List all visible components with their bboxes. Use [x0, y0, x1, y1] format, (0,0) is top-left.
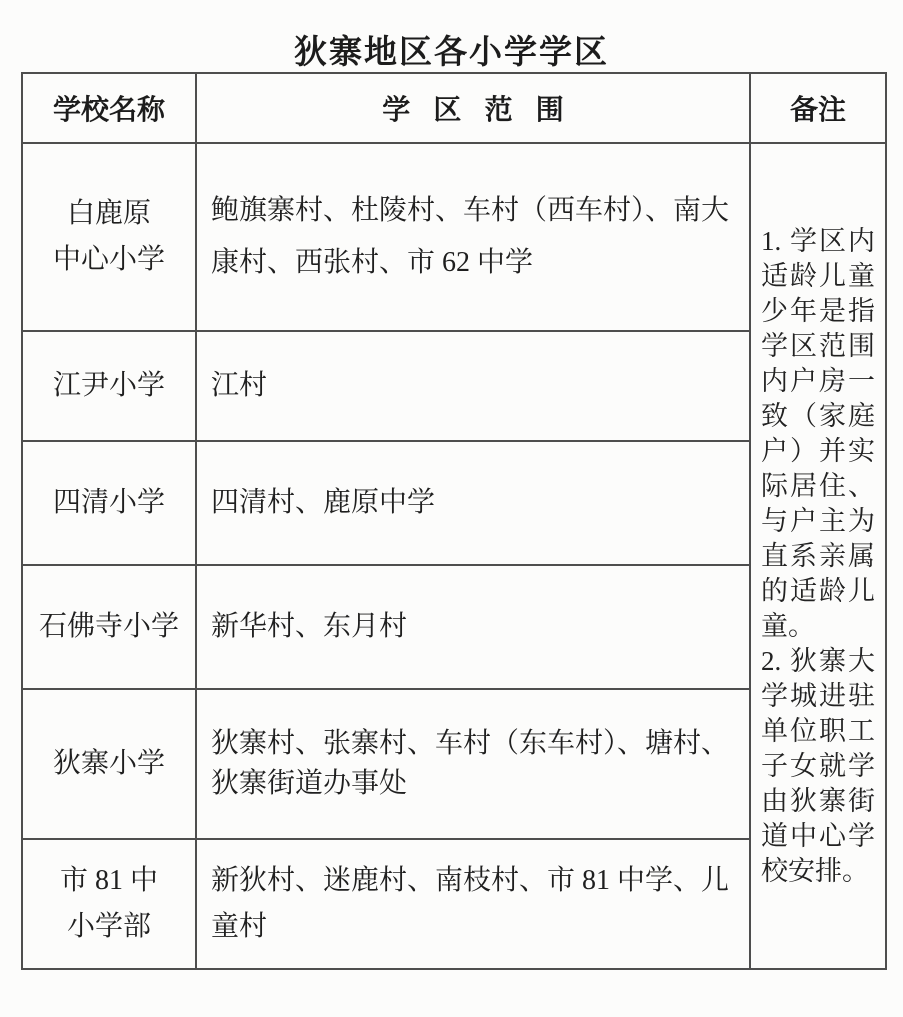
table-row: 白鹿原 中心小学 鲍旗寨村、杜陵村、车村（西车村）、南大康村、西张村、市 62 … — [22, 143, 886, 331]
school-name-cell: 四清小学 — [22, 441, 196, 565]
remarks-text: 1. 学区内适龄儿童少年是指学区范围内户房一致（家庭户）并实际居住、与户主为直系… — [761, 224, 875, 889]
district-range-cell: 狄寨村、张寨村、车村（东车村）、塘村、狄寨街道办事处 — [196, 689, 750, 839]
page-title: 狄寨地区各小学学区 — [0, 26, 903, 73]
school-name-cell: 江尹小学 — [22, 331, 196, 441]
school-name-cell: 狄寨小学 — [22, 689, 196, 839]
document-page: 狄寨地区各小学学区 学校名称 学 区 范 围 备注 白鹿原 中心小学 鲍旗寨村、… — [0, 0, 903, 1017]
district-range-cell: 江村 — [196, 331, 750, 441]
school-name-cell: 市 81 中 小学部 — [22, 839, 196, 969]
column-header-school-name: 学校名称 — [22, 73, 196, 143]
school-name-cell: 白鹿原 中心小学 — [22, 143, 196, 331]
remarks-cell: 1. 学区内适龄儿童少年是指学区范围内户房一致（家庭户）并实际居住、与户主为直系… — [750, 143, 886, 969]
district-range-cell: 新狄村、迷鹿村、南枝村、市 81 中学、儿童村 — [196, 839, 750, 969]
district-range-cell: 四清村、鹿原中学 — [196, 441, 750, 565]
district-range-cell: 鲍旗寨村、杜陵村、车村（西车村）、南大康村、西张村、市 62 中学 — [196, 143, 750, 331]
school-name-cell: 石佛寺小学 — [22, 565, 196, 689]
column-header-remarks: 备注 — [750, 73, 886, 143]
table-header-row: 学校名称 学 区 范 围 备注 — [22, 73, 886, 143]
district-range-cell: 新华村、东月村 — [196, 565, 750, 689]
school-district-table: 学校名称 学 区 范 围 备注 白鹿原 中心小学 鲍旗寨村、杜陵村、车村（西车村… — [21, 72, 887, 970]
column-header-district-range: 学 区 范 围 — [196, 73, 750, 143]
